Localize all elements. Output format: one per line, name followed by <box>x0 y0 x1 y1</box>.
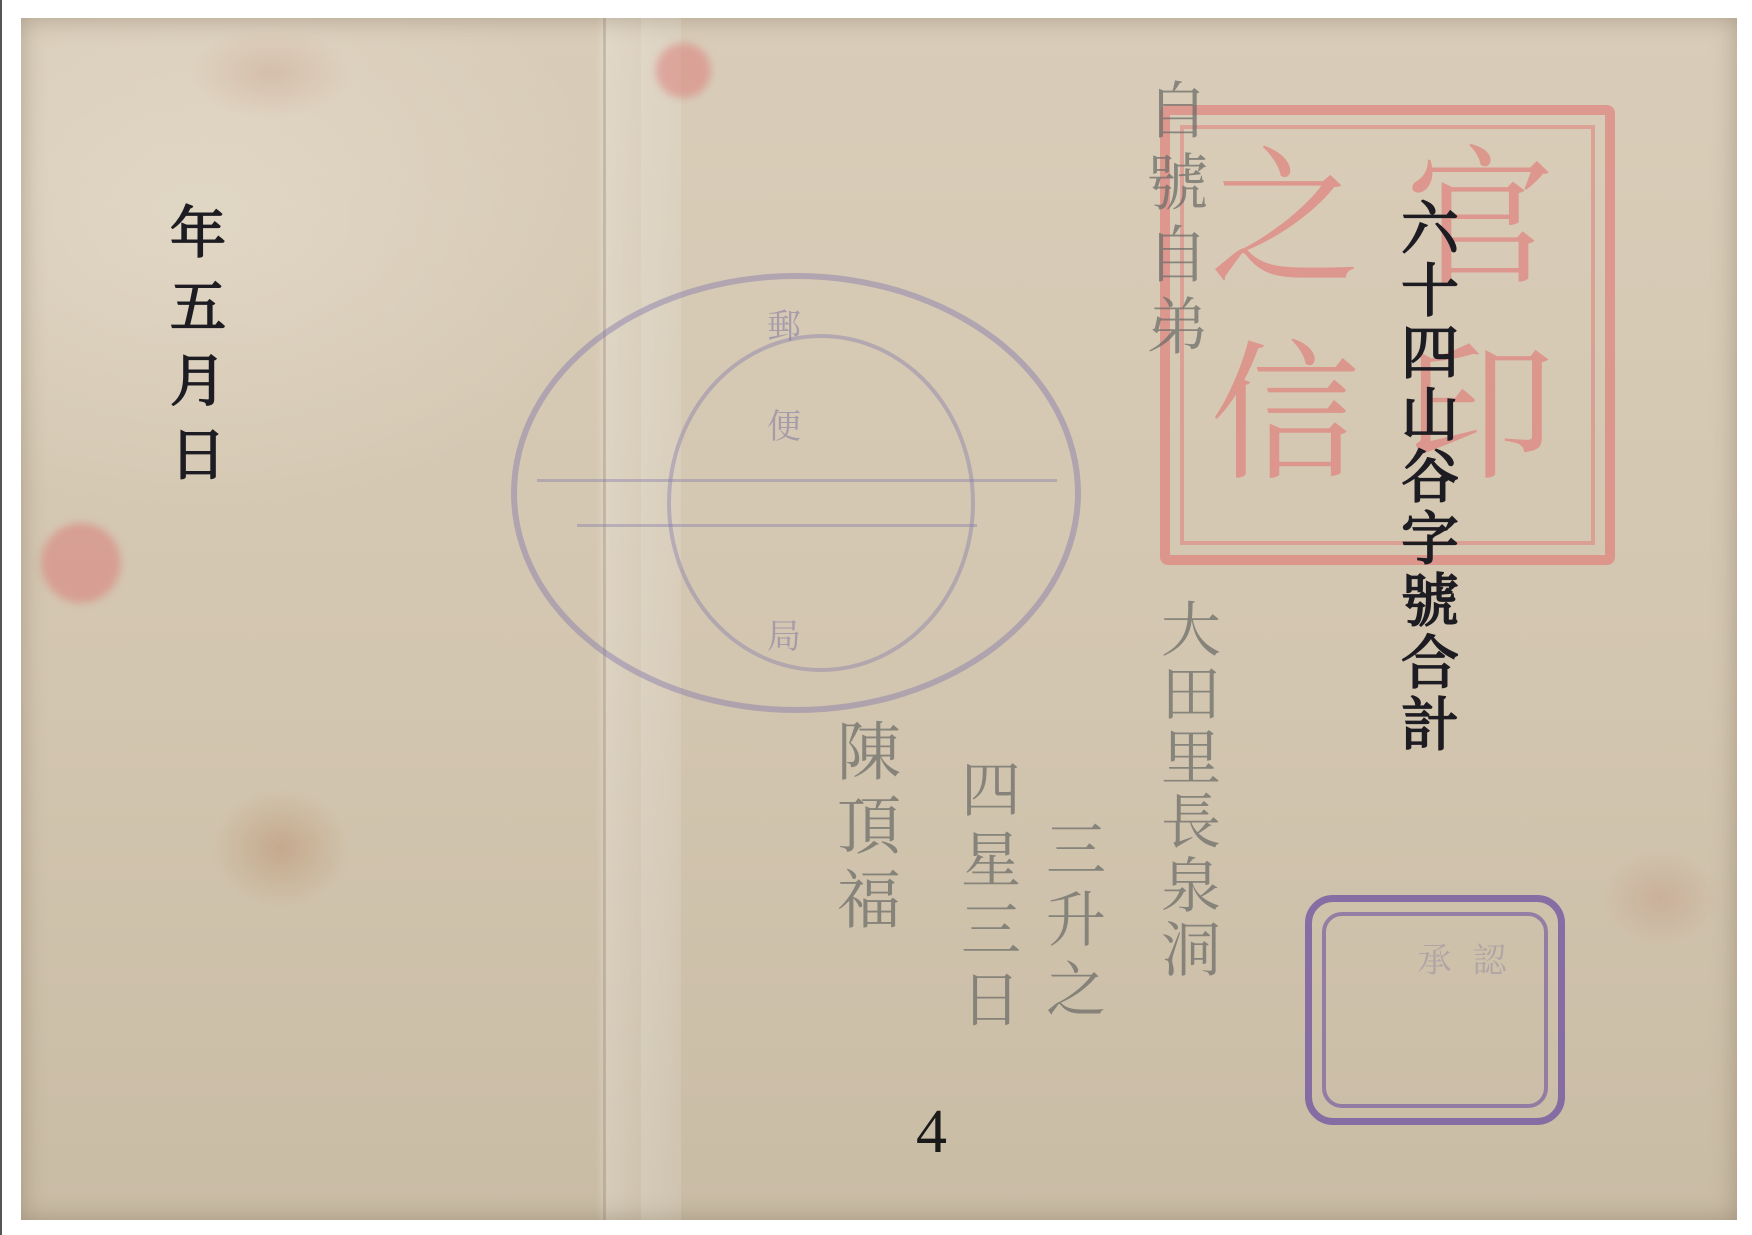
oval-stamp-divider <box>577 524 977 527</box>
pencil-column: 陳頂福 <box>831 718 895 940</box>
pencil-column: 大田里長泉洞 <box>1156 598 1216 982</box>
page-number: 4 <box>916 1101 947 1163</box>
main-ink-column: 六十四山谷字號合計 <box>1396 198 1454 756</box>
pencil-column: 三升之 <box>1041 818 1101 1028</box>
oval-stamp-glyph: 便 <box>767 399 801 448</box>
pencil-column: 自號自弟 <box>1141 78 1203 366</box>
oval-stamp-divider <box>537 479 1057 482</box>
purple-stamp-glyph: 承 <box>1407 942 1456 976</box>
purple-stamp-glyph: 認 <box>1462 942 1511 976</box>
seal-glyph: 之 <box>1210 145 1360 295</box>
red-ink-smudge <box>41 523 121 603</box>
oval-stamp-glyph: 局 <box>767 609 801 658</box>
oval-stamp-inner-ring <box>667 334 975 672</box>
purple-square-stamp: 承 認 <box>1305 895 1565 1125</box>
red-square-seal: 官 印 之 信 <box>1160 105 1615 565</box>
scan-frame-line <box>0 0 2 1235</box>
seal-glyph: 信 <box>1210 340 1360 490</box>
date-ink-column: 年五月日 <box>166 203 222 499</box>
oval-stamp-glyph: 郵 <box>767 299 801 348</box>
document-paper: 官 印 之 信 郵 便 局 承 認 年五月日 六十四山谷字號合計 自號自弟 大田… <box>21 18 1737 1220</box>
oval-postal-stamp: 郵 便 局 <box>511 273 1081 713</box>
red-ink-smudge <box>656 43 711 98</box>
pencil-column: 四星三日 <box>956 758 1016 1038</box>
